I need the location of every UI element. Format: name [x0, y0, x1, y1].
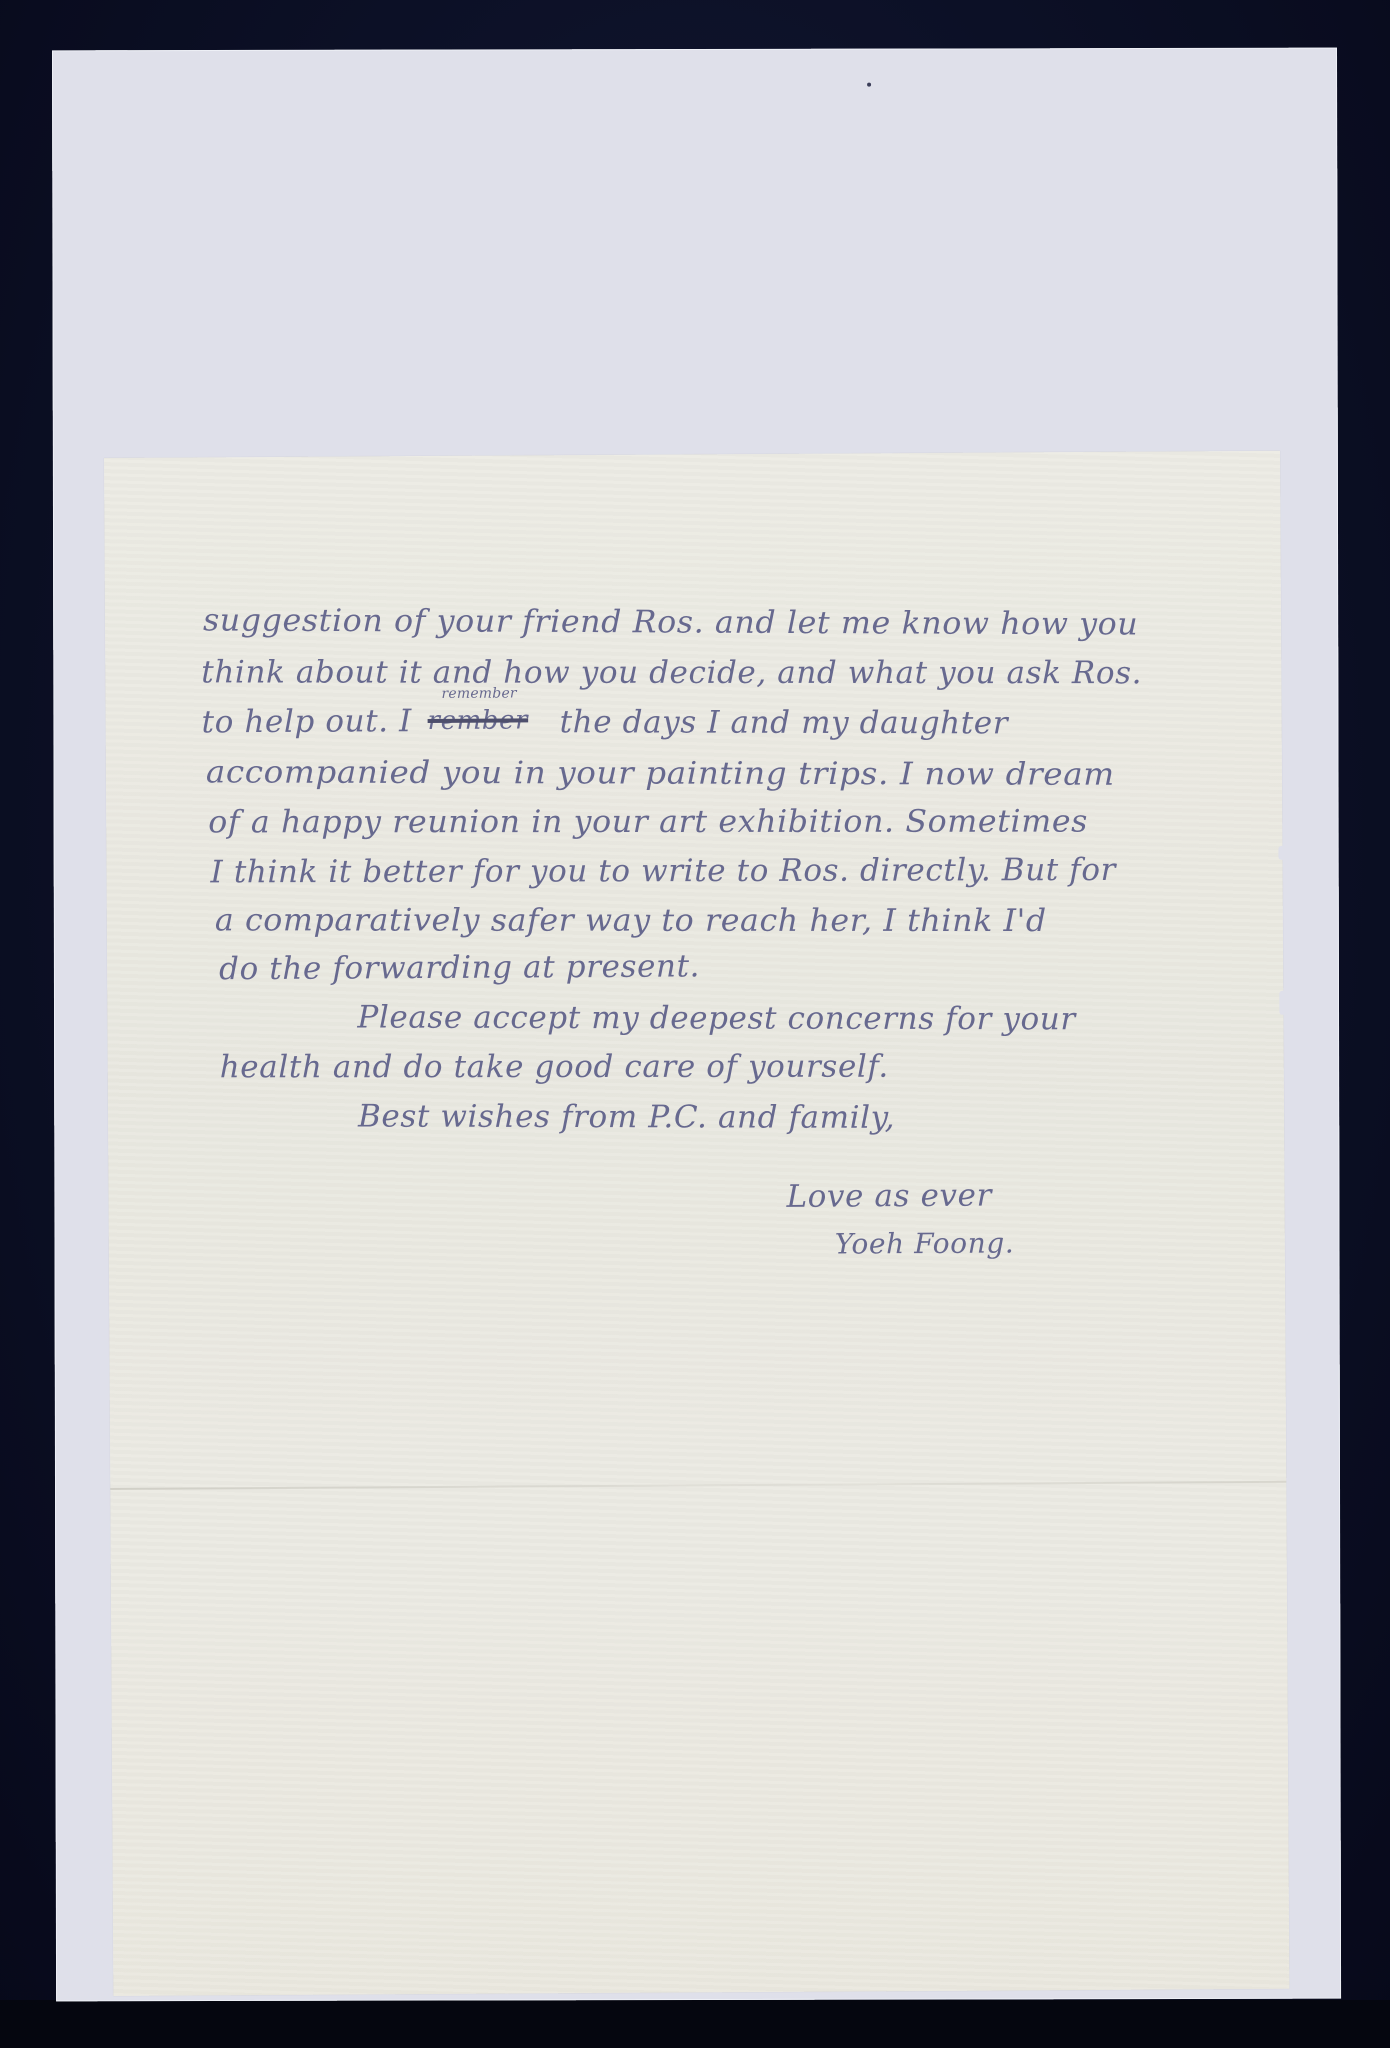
letter-line-5: of a happy reunion in your art exhibitio… — [208, 807, 1088, 839]
letter-closing: Love as ever — [786, 1181, 992, 1213]
letter-signature: Yoeh Foong. — [835, 1229, 1015, 1258]
dark-background-bottom — [0, 2000, 1390, 2048]
torn-edge — [1278, 846, 1292, 860]
letter-line-9: Please accept my deepest concerns for yo… — [357, 1002, 1075, 1035]
letter-line-6: I think it better for you to write to Ro… — [210, 855, 1116, 888]
torn-edge — [1279, 991, 1293, 1015]
correction-struck: rember — [428, 707, 529, 734]
letter-line-8: do the forwarding at present. — [219, 951, 700, 985]
letter-line-1: suggestion of your friend Ros. and let m… — [203, 605, 1138, 640]
dust-speck — [867, 83, 871, 87]
correction-inserted: remember — [441, 686, 516, 700]
letter-line-10: health and do take good care of yourself… — [220, 1052, 889, 1084]
letter-page: suggestion of your friend Ros. and let m… — [104, 451, 1289, 1996]
letter-line-7: a comparatively safer way to reach her, … — [215, 905, 1047, 937]
letter-line-3b: the days I and my daughter — [560, 707, 1009, 739]
letter-line-2: think about it and how you decide, and w… — [201, 657, 1142, 689]
fold-crease — [110, 1481, 1286, 1490]
letter-line-3: to help out. I — [202, 706, 413, 738]
letter-line-4: accompanied you in your painting trips. … — [206, 757, 1115, 790]
letter-line-11: Best wishes from P.C. and family, — [358, 1101, 895, 1133]
